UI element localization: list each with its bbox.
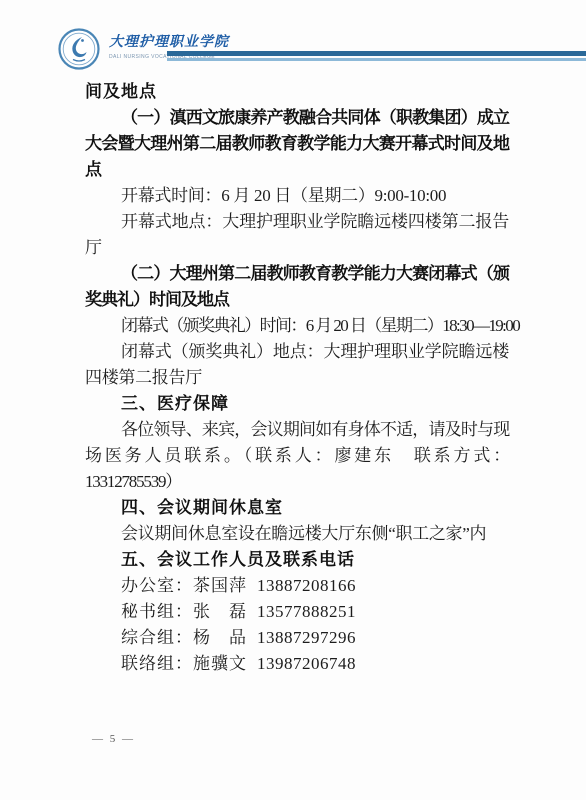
header-rule-light	[167, 58, 586, 61]
document-body: 间及地点 （一）滇西文旅康养产教融合共同体（职教集团）成立大会暨大理州第二届教师…	[85, 79, 509, 677]
contact-dept-name: 办公室：茶国萍	[121, 573, 257, 599]
contact-dept-name: 综合组：杨 品	[121, 625, 257, 651]
closing-place-line: 闭幕式（颁奖典礼）地点：大理护理职业学院瞻远楼四楼第二报告厅	[85, 339, 509, 391]
lounge-text: 会议期间休息室设在瞻远楼大厅东侧“职工之家”内	[85, 521, 509, 547]
contact-dept-name: 联络组：施骥文	[121, 651, 257, 677]
closing-time-line: 闭幕式（颁奖典礼）时间：6 月 20 日（星期二）18:30—19:00	[85, 313, 509, 339]
page-number: — 5 —	[92, 733, 135, 745]
contact-phone: 13887208166	[257, 573, 356, 599]
college-seal-icon	[58, 28, 100, 70]
contact-phone: 13577888251	[257, 599, 356, 625]
subheading-closing-ceremony: （二）大理州第二届教师教育教学能力大赛闭幕式（颁奖典礼）时间及地点	[85, 261, 509, 313]
heading-lounge: 四、会议期间休息室	[85, 495, 509, 521]
opening-place-line: 开幕式地点：大理护理职业学院瞻远楼四楼第二报告厅	[85, 209, 509, 261]
header-rule-dark	[167, 51, 586, 56]
heading-continued-time-place: 间及地点	[85, 79, 509, 105]
college-name-chinese: 大理护理职业学院	[109, 31, 229, 51]
contact-dept-name: 秘书组：张 磊	[121, 599, 257, 625]
medical-support-text: 各位领导、来宾，会议期间如有身体不适，请及时与现场医务人员联系。（联系人：廖建东…	[85, 417, 509, 495]
contact-row-office: 办公室：茶国萍13887208166	[85, 573, 509, 599]
contact-row-general: 综合组：杨 品13887297296	[85, 625, 509, 651]
contact-phone: 13887297296	[257, 625, 356, 651]
contact-phone: 13987206748	[257, 651, 356, 677]
contact-row-liaison: 联络组：施骥文13987206748	[85, 651, 509, 677]
document-page: 大理护理职业学院 DALI NURSING VOCATIONAL COLLEGE…	[0, 0, 586, 800]
opening-time-line: 开幕式时间：6 月 20 日（星期二）9:00-10:00	[85, 183, 509, 209]
subheading-opening-ceremony: （一）滇西文旅康养产教融合共同体（职教集团）成立大会暨大理州第二届教师教育教学能…	[85, 105, 509, 183]
contact-row-secretary: 秘书组：张 磊13577888251	[85, 599, 509, 625]
heading-medical-support: 三、医疗保障	[85, 391, 509, 417]
heading-staff-contacts: 五、会议工作人员及联系电话	[85, 547, 509, 573]
